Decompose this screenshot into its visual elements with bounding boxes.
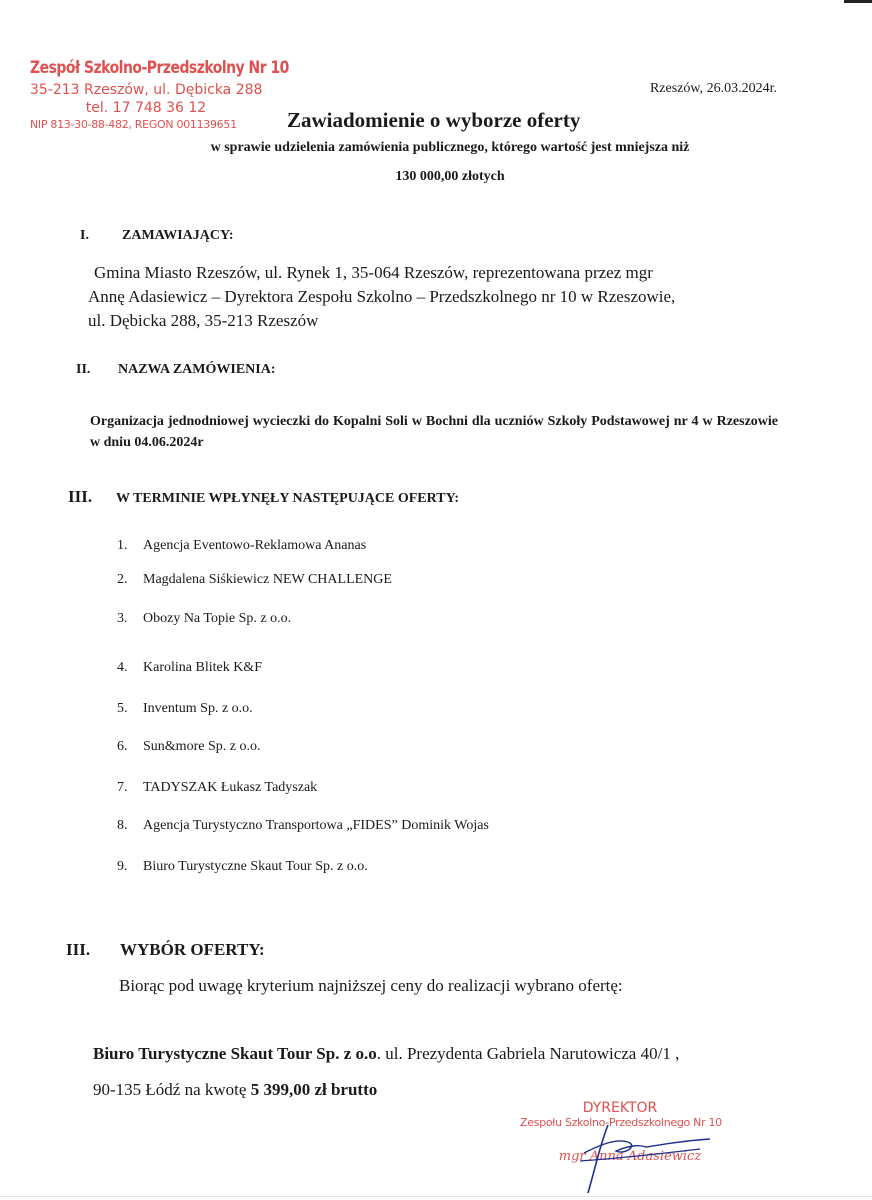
offer-item: 1.Agencja Eventowo-Reklamowa Ananas (117, 538, 366, 554)
document-subtitle: w sprawie udzielenia zamówienia publiczn… (0, 140, 872, 156)
offer-item: 2.Magdalena Siśkiewicz NEW CHALLENGE (117, 572, 392, 588)
stamp-school-name: Zespół Szkolno-Przedszkolny Nr 10 (30, 58, 220, 78)
stamp-address: 35-213 Rzeszów, ul. Dębicka 288 (30, 82, 262, 98)
stamp-phone: tel. 17 748 36 12 (30, 100, 262, 116)
offer-item: 7.TADYSZAK Łukasz Tadyszak (117, 780, 317, 796)
offer-item: 9.Biuro Turystyczne Skaut Tour Sp. z o.o… (117, 859, 368, 875)
offer-item: 8.Agencja Turystyczno Transportowa „FIDE… (117, 818, 489, 834)
document-title: Zawiadomienie o wyborze oferty (287, 108, 580, 133)
winner-amount: 5 399,00 zł brutto (251, 1080, 378, 1099)
document-subtitle-amount: 130 000,00 złotych (0, 169, 872, 185)
section-ordering-party-heading: I.ZAMAWIAJĄCY: (80, 228, 234, 244)
offer-item: 4.Karolina Blitek K&F (117, 660, 262, 676)
section-title: WYBÓR OFERTY: (120, 940, 265, 959)
winner-line-2: 90-135 Łódź na kwotę 5 399,00 zł brutto (93, 1080, 377, 1100)
section-offers-heading: III.W TERMINIE WPŁYNĘŁY NASTĘPUJĄCE OFER… (68, 487, 459, 507)
winner-line-1: Biuro Turystyczne Skaut Tour Sp. z o.o. … (93, 1044, 679, 1064)
scan-corner-mark (844, 0, 872, 3)
section-title: NAZWA ZAMÓWIENIA: (118, 362, 276, 377)
ordering-party-line-3: ul. Dębicka 288, 35-213 Rzeszów (88, 310, 318, 332)
winner-city: 90-135 Łódź na kwotę (93, 1080, 251, 1099)
document-date: Rzeszów, 26.03.2024r. (650, 81, 777, 97)
offer-item: 5.Inventum Sp. z o.o. (117, 701, 253, 717)
order-name-text: Organizacja jednodniowej wycieczki do Ko… (90, 411, 778, 453)
section-number: II. (76, 362, 118, 378)
handwritten-signature-icon (570, 1115, 720, 1195)
school-stamp: Zespół Szkolno-Przedszkolny Nr 10 35-213… (30, 58, 262, 131)
offer-item: 6.Sun&more Sp. z o.o. (117, 739, 260, 755)
director-title: DYREKTOR (520, 1100, 720, 1116)
winner-name: Biuro Turystyczne Skaut Tour Sp. z o.o (93, 1044, 377, 1063)
stamp-nip-regon: NIP 813-30-88-482, REGON 001139651 (30, 118, 262, 131)
ordering-party-line-1: Gmina Miasto Rzeszów, ul. Rynek 1, 35-06… (94, 262, 653, 284)
winner-address: . ul. Prezydenta Gabriela Narutowicza 40… (377, 1044, 680, 1063)
section-number: III. (68, 487, 116, 507)
selection-intro: Biorąc pod uwagę kryterium najniższej ce… (119, 975, 623, 997)
section-selection-heading: III.WYBÓR OFERTY: (66, 940, 265, 960)
offer-item: 3.Obozy Na Topie Sp. z o.o. (117, 611, 291, 627)
ordering-party-line-2: Annę Adasiewicz – Dyrektora Zespołu Szko… (88, 286, 675, 308)
section-title: ZAMAWIAJĄCY: (122, 228, 234, 243)
section-number: I. (80, 228, 122, 244)
section-number: III. (66, 940, 120, 960)
section-order-name-heading: II.NAZWA ZAMÓWIENIA: (76, 362, 276, 378)
section-title: W TERMINIE WPŁYNĘŁY NASTĘPUJĄCE OFERTY: (116, 491, 459, 506)
scan-edge-line (0, 1196, 872, 1197)
